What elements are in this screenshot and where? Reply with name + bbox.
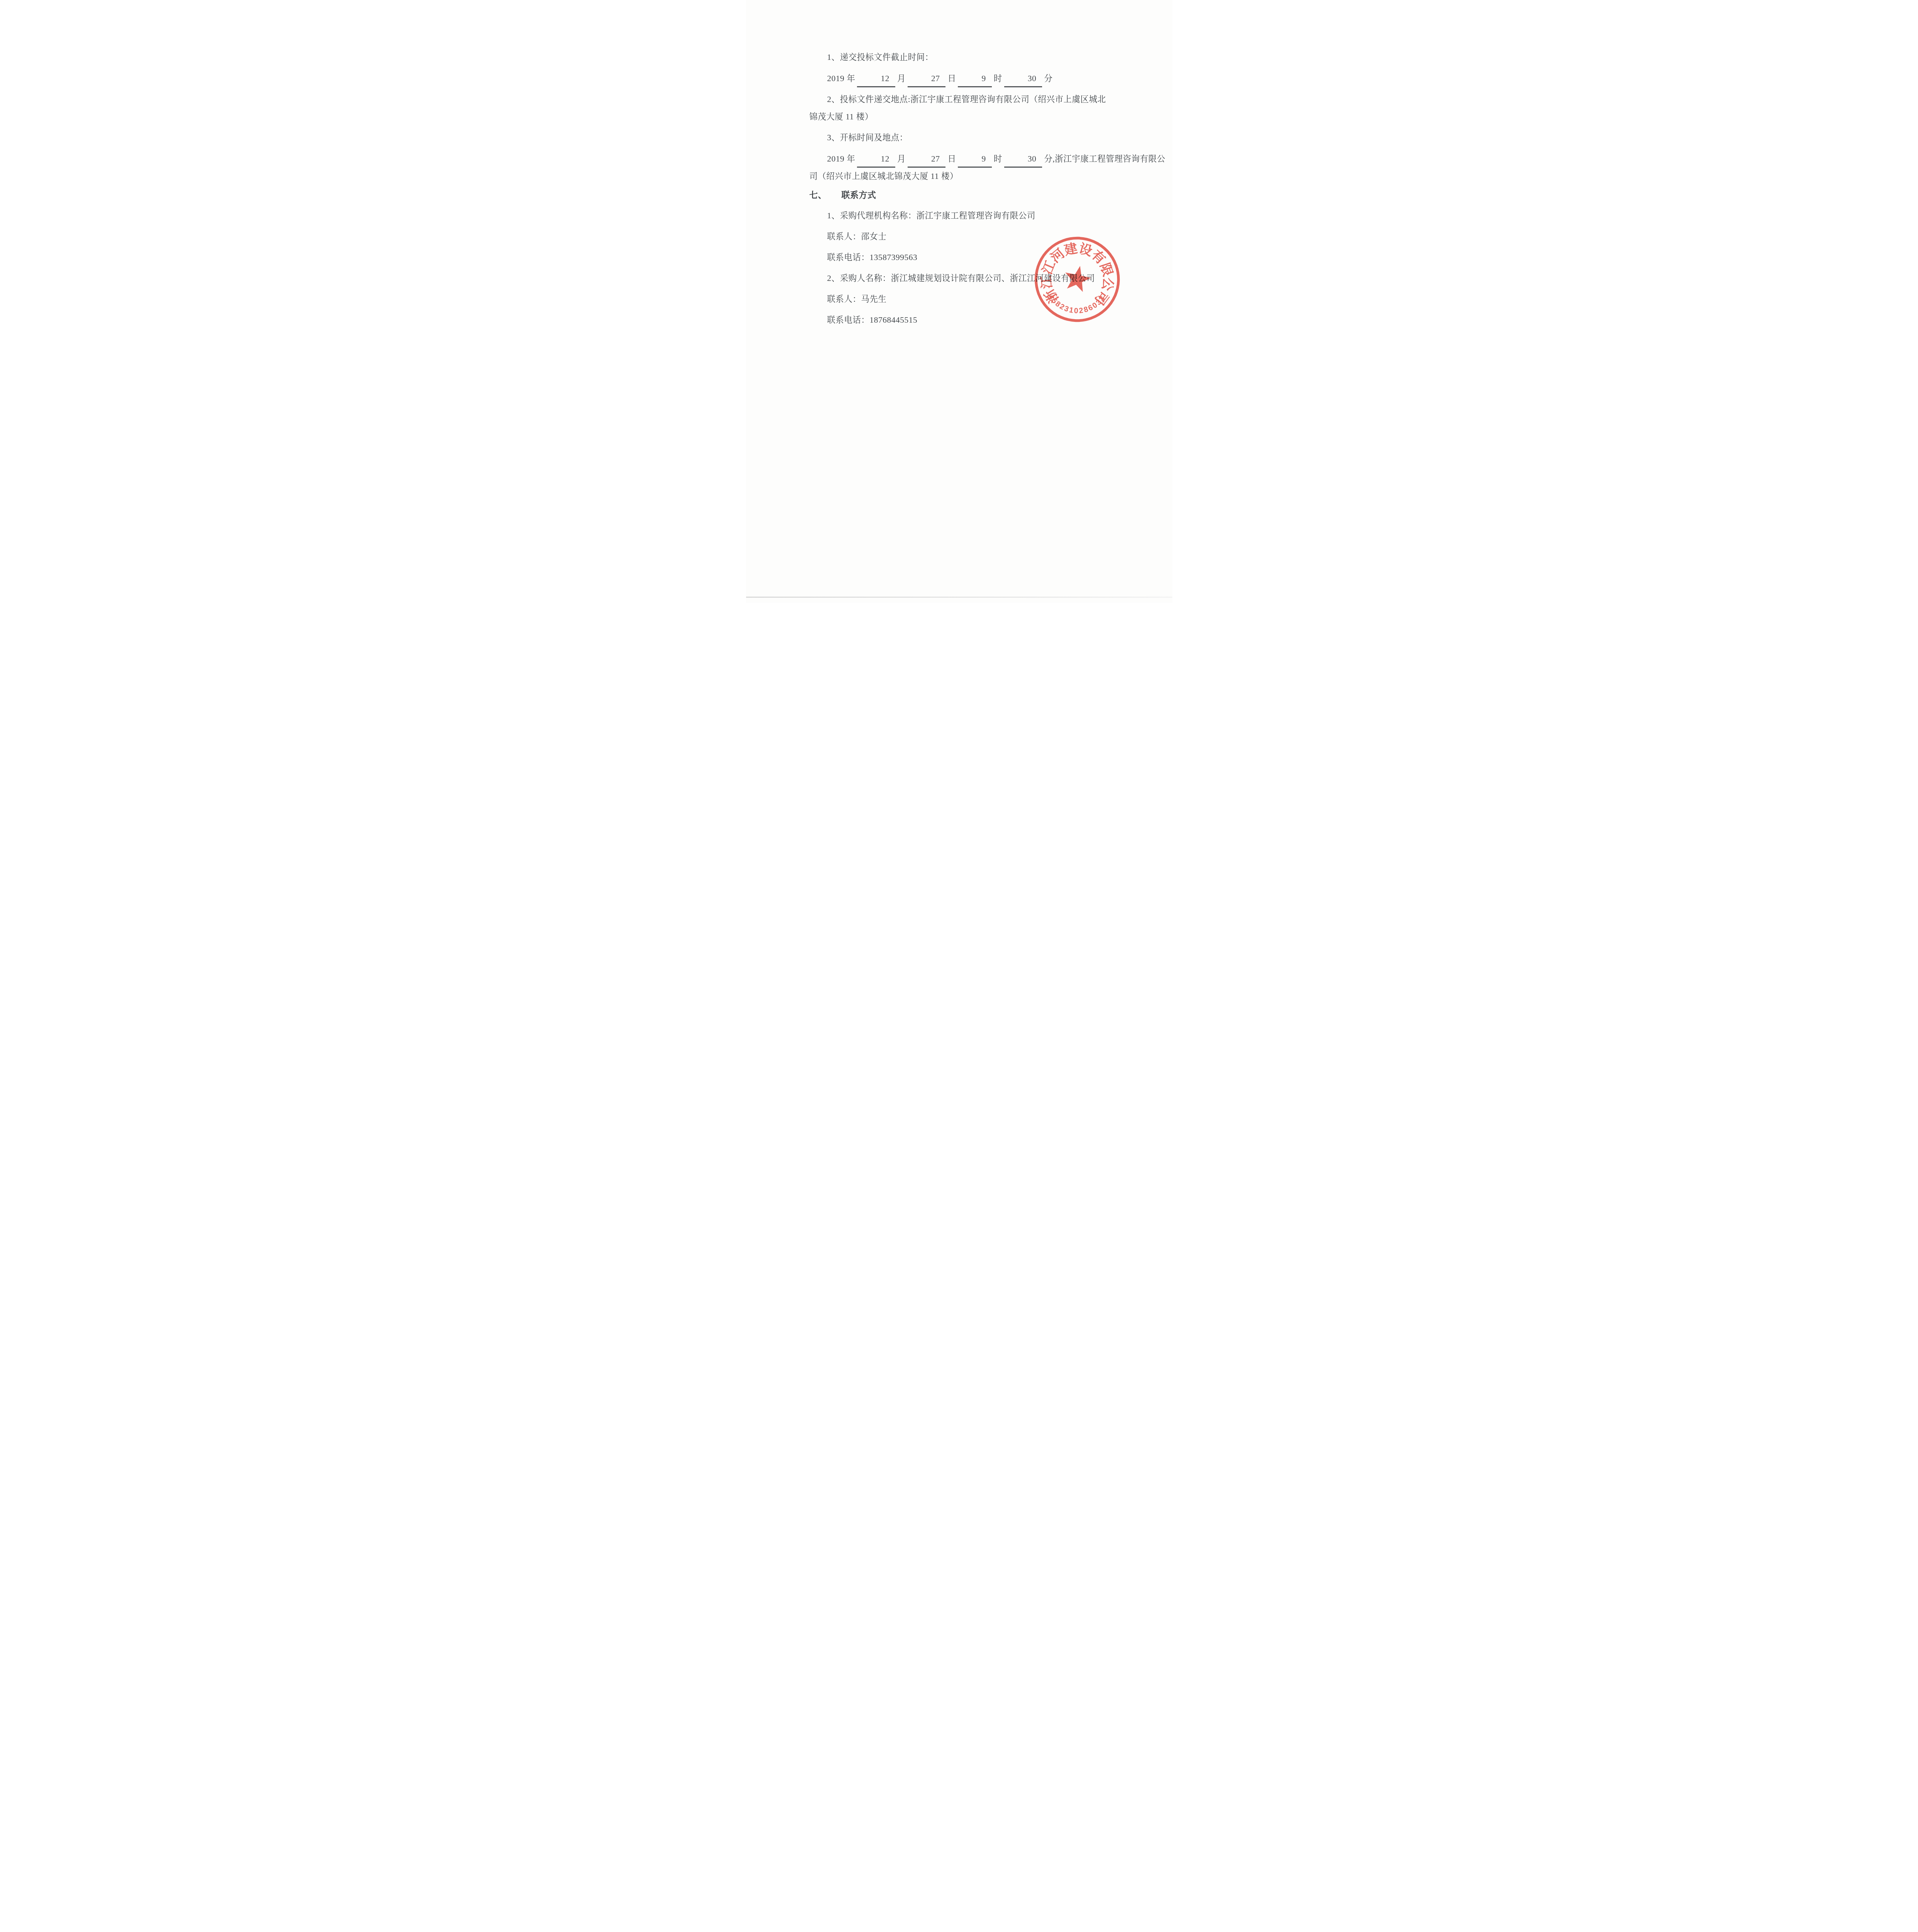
date-text: 时 — [994, 154, 1002, 163]
date-text: 2019 年 — [827, 154, 855, 163]
stamp-company-char: 江 — [1039, 275, 1054, 289]
date-text: 日 — [947, 154, 956, 163]
company-seal-stamp: 浙江江河建设有限公司 3306820132854 — [1031, 233, 1124, 326]
date-blank-field: 12 — [857, 71, 895, 87]
date-blank-field: 30 — [1004, 71, 1042, 87]
heading-label: 联系方式 — [842, 190, 876, 200]
stamp-svg: 浙江江河建设有限公司 3306820132854 — [1031, 233, 1124, 326]
date-blank-field: 27 — [908, 151, 946, 168]
document-line: 1、采购代理机构名称：浙江宇康工程管理咨询有限公司 — [809, 207, 1118, 224]
stamp-star-icon — [1062, 263, 1092, 293]
date-line: 2019 年12月27日9时30分,浙江宇康工程管理咨询有限公 — [809, 150, 1118, 168]
date-text: 月 — [897, 74, 906, 83]
document-line: 3、开标时间及地点： — [809, 129, 1118, 146]
document-line: 1、递交投标文件截止时间： — [809, 49, 1118, 66]
section-heading: 七、联系方式 — [809, 186, 1118, 204]
stamp-number-digit: 0 — [1074, 307, 1078, 315]
date-text: 日 — [947, 74, 956, 83]
date-blank-field: 12 — [857, 151, 895, 168]
scan-edge-artifact — [746, 597, 1172, 598]
document-line: 司（绍兴市上虞区城北锦茂大厦 11 楼） — [809, 168, 1118, 185]
stamp-company-char: 建 — [1063, 241, 1079, 258]
date-blank-field: 9 — [958, 151, 991, 168]
date-blank-field: 30 — [1004, 151, 1042, 168]
document-line: 2、投标文件递交地点:浙江宇康工程管理咨询有限公司（绍兴市上虞区城北 — [809, 91, 1118, 108]
date-text: 时 — [994, 74, 1002, 83]
document-page: 1、递交投标文件截止时间：2019 年12月27日9时30分2、投标文件递交地点… — [746, 0, 1172, 603]
date-text: 分,浙江宇康工程管理咨询有限公 — [1044, 154, 1165, 163]
date-blank-field: 27 — [908, 71, 946, 87]
heading-number: 七、 — [809, 190, 827, 200]
date-text: 月 — [897, 154, 906, 163]
date-blank-field: 9 — [958, 71, 991, 87]
date-line: 2019 年12月27日9时30分 — [809, 70, 1118, 87]
document-line: 锦茂大厦 11 楼） — [809, 108, 1118, 126]
stamp-number-digit: 2 — [1078, 306, 1083, 315]
date-text: 2019 年 — [827, 74, 855, 83]
date-text: 分 — [1044, 74, 1053, 83]
